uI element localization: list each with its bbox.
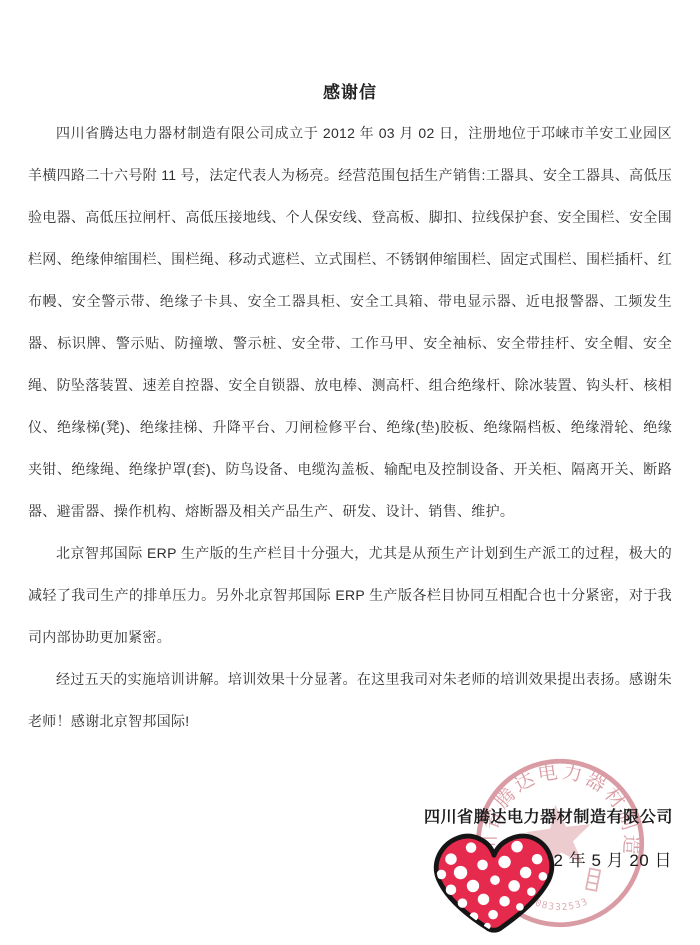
svg-text:四川省腾达电力器材制造有限公司: 四川省腾达电力器材制造有限公司 [464,747,645,884]
heart-dots [437,839,548,929]
letter-body: 四川省腾达电力器材制造有限公司成立于 2012 年 03 月 02 日，注册地位… [28,112,672,742]
seal-arc-text: 四川省腾达电力器材制造有限公司 [464,747,645,884]
signature-company-name: 四川省腾达电力器材制造有限公司 [424,804,673,827]
heart-shape [436,836,552,930]
svg-text:01008332533: 01008332533 [514,880,591,919]
paragraph-erp-praise: 北京智邦国际 ERP 生产版的生产栏目十分强大，尤其是从预生产计划到生产派工的过… [28,532,672,658]
star-icon [523,801,595,871]
signature-date: 2022 年 5 月 20 日 [524,846,672,871]
paragraph-company-intro: 四川省腾达电力器材制造有限公司成立于 2012 年 03 月 02 日，注册地位… [28,112,672,532]
letter-page: 感谢信 四川省腾达电力器材制造有限公司成立于 2012 年 03 月 02 日，… [0,0,700,945]
letter-title: 感谢信 [0,78,700,103]
seal-outer-ring [469,752,651,934]
seal-inner-mark [586,869,600,891]
company-seal-stamp: 四川省腾达电力器材制造有限公司 01008332533 [464,747,656,939]
paragraph-training-thanks: 经过五天的实施培训讲解。培训效果十分显著。在这里我司对朱老师的培训效果提出表扬。… [28,658,672,742]
seal-serial-number: 01008332533 [514,880,591,919]
heart-sticker-icon [428,830,562,938]
